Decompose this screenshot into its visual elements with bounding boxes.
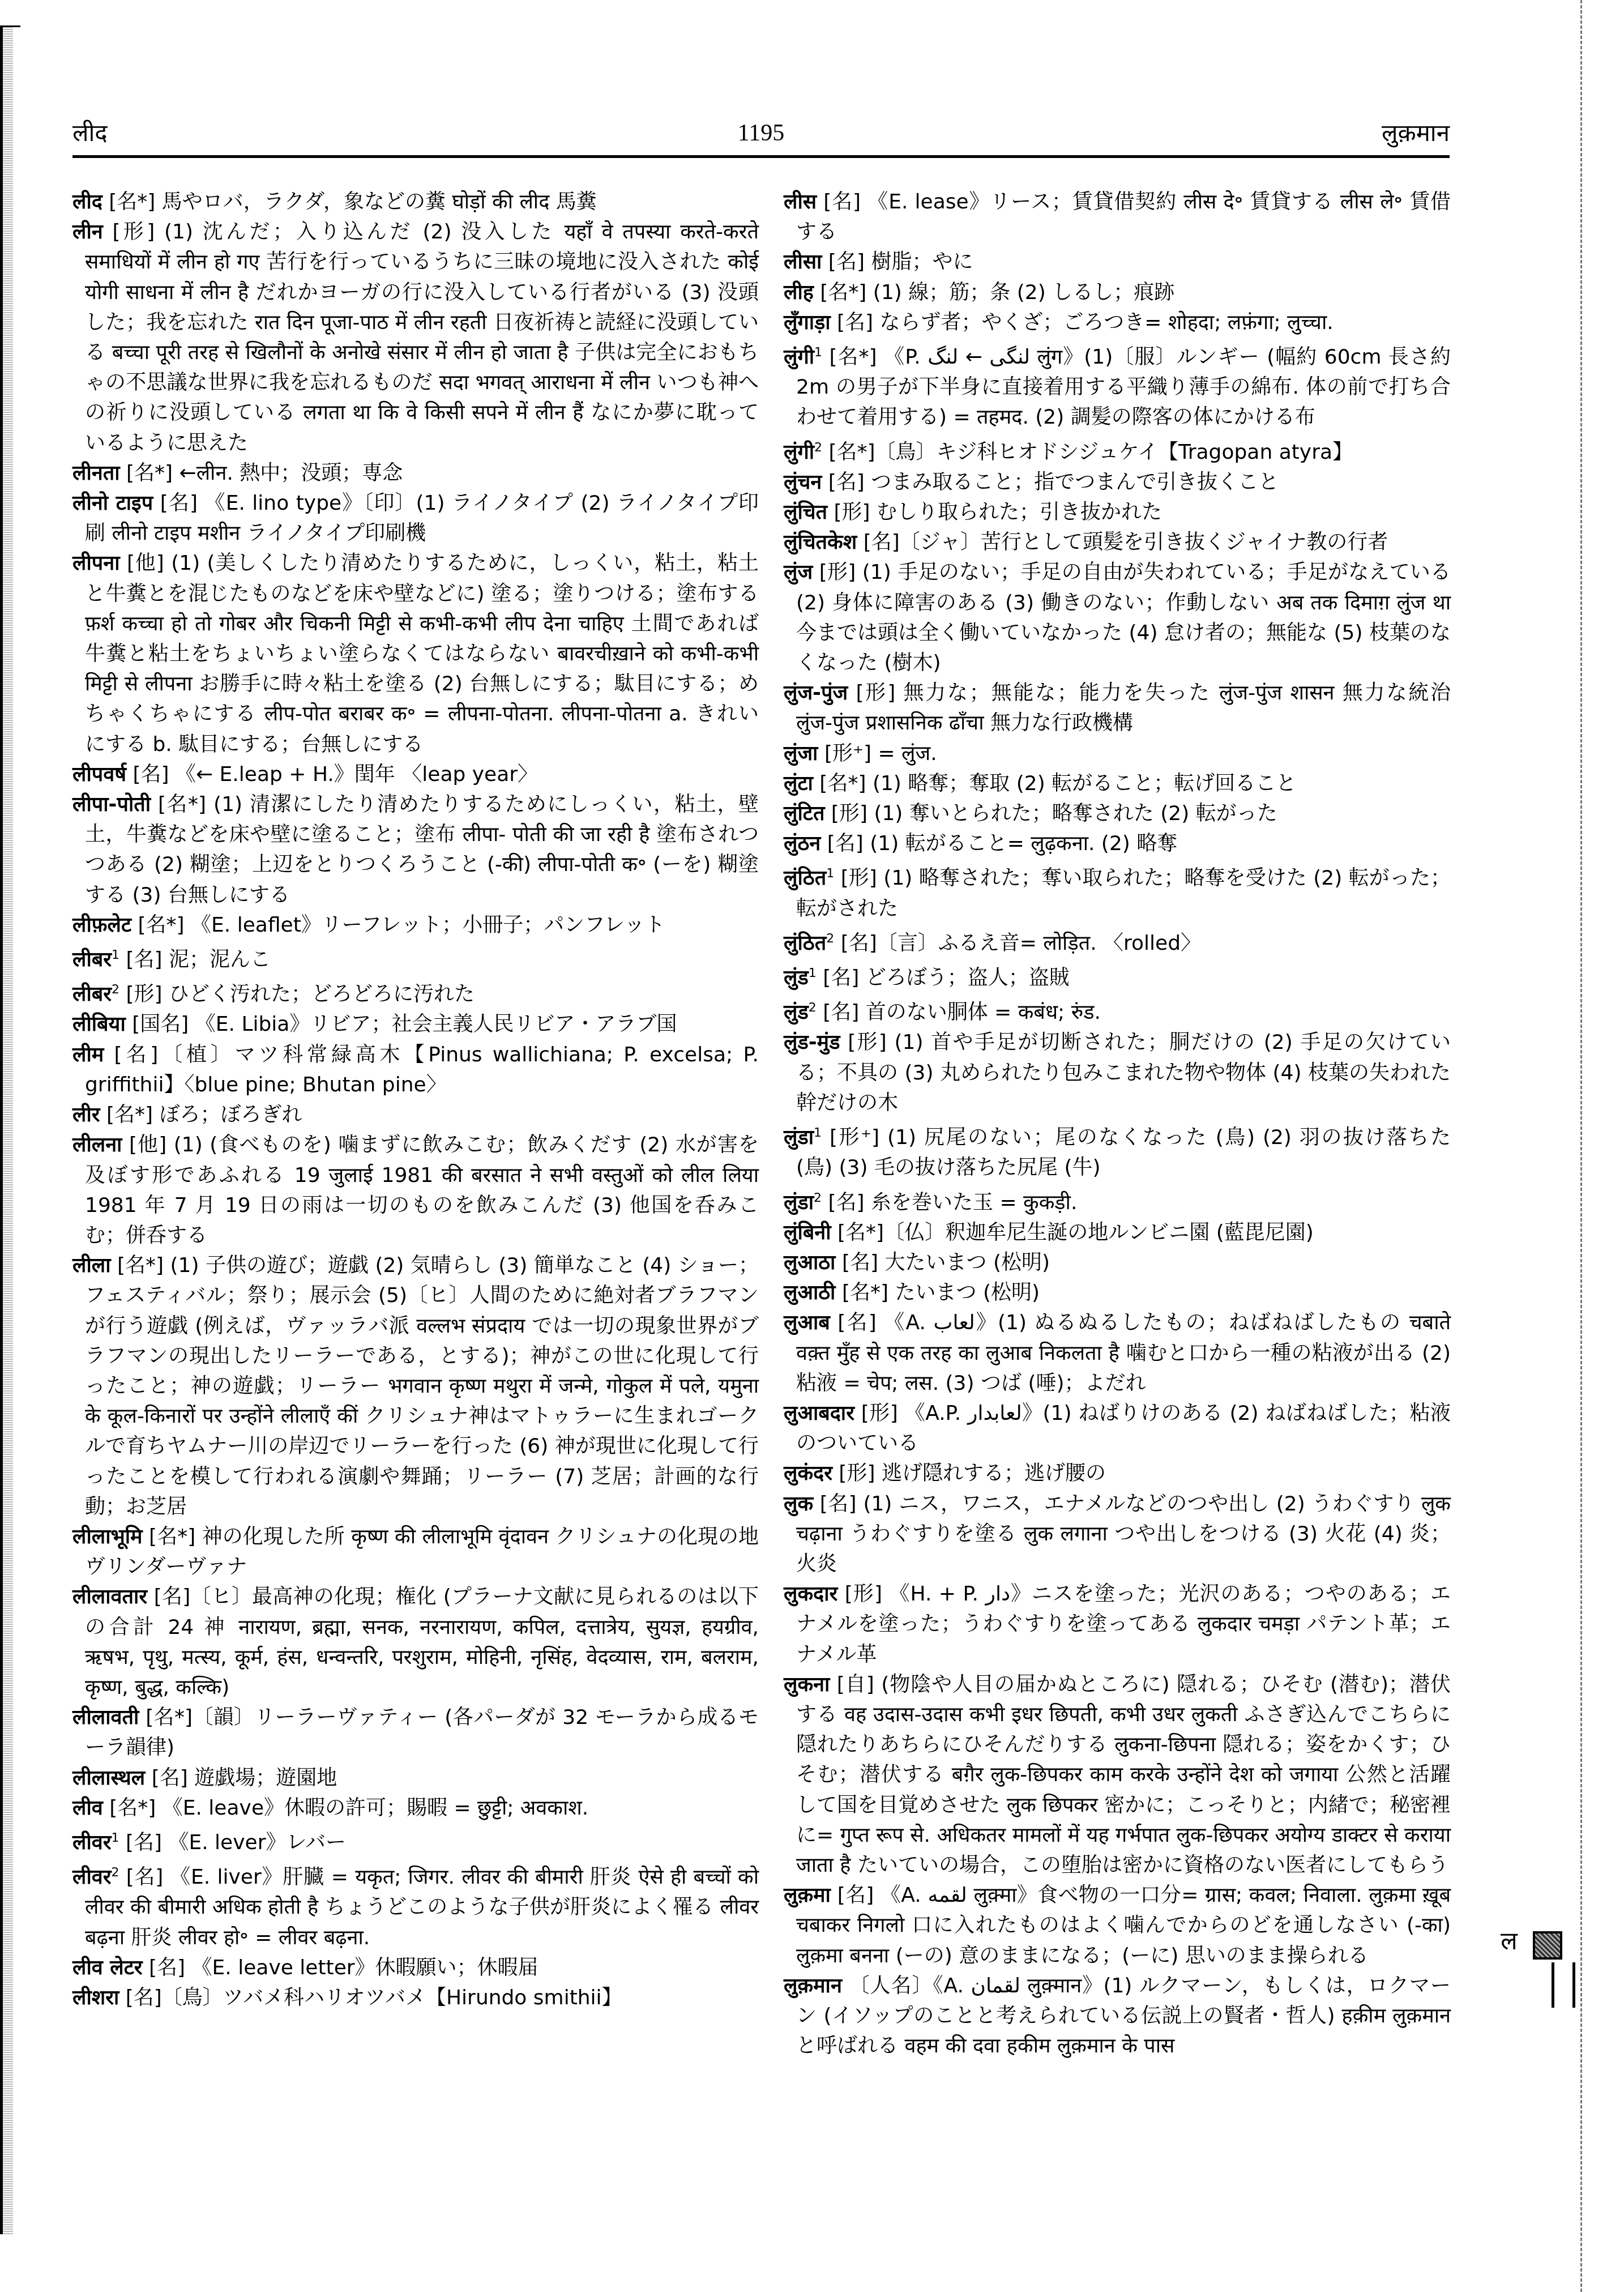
dictionary-entry: लुंडा2 [名] 糸を巻いた玉 = कुकड़ी.: [784, 1183, 1451, 1218]
headword-text: लीव लेटर: [72, 1956, 143, 1979]
headword-text: लुंठित: [784, 867, 826, 890]
entry-definition: [自] (物陰や人目の届かぬところに) 隠れる；ひそむ (潜む)；潜伏する वह…: [796, 1673, 1451, 1877]
dictionary-entry: लीबिया [国名] 《E. Libia》リビア；社会主義人民リビア・アラブ国: [72, 1009, 759, 1039]
homonym-number: 1: [814, 1126, 822, 1140]
headword-text: लीवर: [72, 1866, 111, 1889]
headword: लुंटित: [784, 802, 824, 825]
dictionary-entry: लुंडा1 [形⁺] (1) 尻尾のない；尾のなくなった (鳥) (2) 羽の…: [784, 1118, 1451, 1183]
headword: लुंटा: [784, 772, 813, 795]
dictionary-entry: लुक [名] (1) ニス，ワニス，エナメルなどのつや出し (2) うわぐすり…: [784, 1489, 1451, 1580]
dictionary-entry: लुंठित2 [名]〔言〕ふるえ音= लोड़ित. 〈rolled〉: [784, 924, 1451, 958]
entry-definition: [形] 《H. + P. دار》ニスを塗った；光沢のある；つやのある；エナメル…: [796, 1582, 1451, 1666]
entry-definition: [名*]〔韻〕リーラーヴァティー (各パーダが 32 モーラから成るモーラ韻律): [85, 1706, 759, 1759]
dictionary-entry: लीपा-पोती [名*] (1) 清潔にしたり清めたりするためにしっくい，粘…: [72, 789, 759, 910]
headword: लुंड1: [784, 966, 817, 989]
dictionary-entry: लुंड1 [名] どろぼう；盗人；盗賊: [784, 958, 1451, 993]
headword: लुंड2: [784, 1001, 817, 1024]
headword-text: लीलना: [72, 1133, 122, 1156]
headword-text: लुंडा: [784, 1191, 814, 1214]
dictionary-entry: लीलना [他] (1) (食べものを) 噛まずに飲みこむ；飲みくだす (2)…: [72, 1130, 759, 1250]
entry-definition: [名*] ←लीन. 熱中；没頭；専念: [126, 462, 403, 485]
headword-text: लुंडा: [784, 1126, 814, 1149]
headword: लुंडा1: [784, 1126, 822, 1149]
headword: लुकंदर: [784, 1462, 832, 1485]
headword: लीवर2: [72, 1866, 119, 1889]
headword: लुंजा: [784, 742, 818, 765]
headword: लुक़मा: [784, 1884, 831, 1907]
thumb-index-tab: [1533, 1931, 1562, 1960]
homonym-number: 2: [814, 441, 822, 455]
running-header: लीद 1195 लुक़मान: [72, 113, 1450, 153]
headword: लीर: [72, 1103, 100, 1126]
right-column: लीस [名] 《E. lease》リース；賃貸借契約 लीस दे॰ 賃貸する…: [784, 187, 1451, 2061]
headword-text: लीलास्थल: [72, 1766, 145, 1790]
entry-definition: [名] 首のない胴体 = कबंध; रुंड.: [823, 1001, 1101, 1024]
headword-text: लीह: [784, 281, 814, 304]
dictionary-entry: लुंगी1 [名*] 《P. لنگی ← لنگ लुंग》(1)〔服〕ルン…: [784, 338, 1451, 433]
headword-text: लीन: [72, 220, 103, 244]
header-rule: [72, 155, 1450, 158]
headword-text: लीफ़लेट: [72, 914, 131, 937]
headword-text: लुंड-मुंड: [784, 1031, 840, 1054]
dictionary-entry: लुंड2 [名] 首のない胴体 = कबंध; रुंड.: [784, 993, 1451, 1027]
headword-text: लुंचित: [784, 501, 827, 524]
headword-text: लीसा: [784, 250, 822, 274]
headword-text: लुंड: [784, 1001, 809, 1024]
dictionary-entry: लीफ़लेट [名*] 《E. leaflet》リーフレット；小冊子；パンフレ…: [72, 910, 759, 940]
headword-text: लीपना: [72, 552, 119, 575]
homonym-number: 1: [826, 867, 834, 881]
dictionary-entry: लीम [名]〔植〕マツ科常緑高木【Pinus wallichiana; P. …: [72, 1040, 759, 1100]
homonym-number: 1: [814, 345, 822, 360]
dictionary-entry: लुंजा [形⁺] = लुंज.: [784, 739, 1451, 769]
dictionary-entry: लीह [名*] (1) 線；筋；条 (2) しるし；痕跡: [784, 278, 1451, 308]
dictionary-entry: लीलावतार [名]〔ヒ〕最高神の化現；権化 (プラーナ文献に見られるのは以…: [72, 1582, 759, 1702]
dictionary-entry: लुंचितकेश [名]〔ジャ〕苦行として頭髪を引き抜くジャイナ教の行者: [784, 527, 1451, 557]
entry-definition: [形⁺] (1) 尻尾のない；尾のなくなった (鳥) (2) 羽の抜け落ちた (…: [796, 1126, 1451, 1179]
entry-definition: [名*] 《E. leave》休暇の許可；賜暇 = छुट्टी; अवकाश.: [109, 1796, 588, 1820]
headword: लीला: [72, 1254, 110, 1277]
page-binding-edge: [0, 25, 13, 2234]
homonym-number: 1: [809, 966, 817, 980]
headword: लीपवर्ष: [72, 763, 126, 786]
homonym-number: 1: [111, 1831, 119, 1845]
dictionary-entry: लीनता [名*] ←लीन. 熱中；没頭；専念: [72, 458, 759, 488]
headword: लुक़मान: [784, 1974, 842, 1998]
dictionary-entry: लीलावती [名*]〔韻〕リーラーヴァティー (各パーダが 32 モーラから…: [72, 1702, 759, 1762]
homonym-number: 2: [814, 1191, 822, 1205]
entry-definition: [名] 《A. لعاب》(1) ぬるぬるしたもの；ねばねばしたもの चबाते…: [796, 1311, 1451, 1394]
dictionary-entry: लुकंदर [形] 逃げ隠れする；逃げ腰の: [784, 1458, 1451, 1488]
entry-definition: [名]〔ジャ〕苦行として頭髪を引き抜くジャイナ教の行者: [864, 531, 1388, 554]
homonym-number: 1: [112, 948, 119, 962]
headword: लीव: [72, 1796, 103, 1820]
entry-definition: [名*] (1) 清潔にしたり清めたりするためにしっくい，粘土，壁土，牛糞などを…: [85, 793, 759, 907]
dictionary-entry: लुक़मा [名] 《A. لقمه लुक़्मा》食べ物の一口分= ग्र…: [784, 1880, 1451, 1971]
headword-text: लुआबदार: [784, 1402, 854, 1425]
headword-text: लीम: [72, 1043, 104, 1066]
entry-definition: [形] 逃げ隠れする；逃げ腰の: [839, 1462, 1106, 1485]
entry-definition: [名] 《← E.leap + H.》閏年 〈leap year〉: [133, 763, 538, 786]
dictionary-entry: लीव लेटर [名] 《E. leave letter》休暇願い；休暇届: [72, 1953, 759, 1983]
headword-text: लीपवर्ष: [72, 763, 126, 786]
entry-definition: [名] 大たいまつ (松明): [842, 1251, 1050, 1274]
headword: लीलना: [72, 1133, 122, 1156]
right-guideword: लुक़मान: [1382, 113, 1450, 153]
entry-definition: [名]〔鳥〕ツバメ科ハリオツバメ【Hirundo smithii】: [126, 1986, 622, 2009]
headword: लीलाभूमि: [72, 1525, 143, 1548]
headword-text: लीबिया: [72, 1013, 126, 1036]
entry-definition: [名*] ぼろ；ぼろぎれ: [106, 1103, 302, 1126]
headword-text: लुकना: [784, 1673, 830, 1696]
headword-text: लुंबिनी: [784, 1221, 831, 1244]
headword: लुंडा2: [784, 1191, 822, 1214]
entry-definition: [名] 樹脂；やに: [828, 250, 973, 274]
entry-definition: [名] 《E. lease》リース；賃貸借契約 लीस दे॰ 賃貸する लीस…: [796, 190, 1451, 244]
entry-definition: [名] 《E. lino type》〔印〕(1) ライノタイプ (2) ライノタ…: [85, 492, 759, 545]
dictionary-entry: लुंज-पुंज [形] 無力な；無能な；能力を失った लुंज-पुंज श…: [784, 678, 1451, 738]
headword: लुंठित2: [784, 932, 834, 955]
entry-definition: [名*] (1) 子供の遊び；遊戯 (2) 気晴らし (3) 簡単なこと (4)…: [85, 1254, 759, 1518]
dictionary-entry: लीबर1 [名] 泥；泥んこ: [72, 940, 759, 975]
thumb-index-mark: [1552, 1962, 1575, 2008]
dictionary-entry: लीवर2 [名] 《E. liver》肝臓 = यकृत; जिगर. लीव…: [72, 1858, 759, 1953]
entry-definition: [名*]〔仏〕釈迦牟尼生誕の地ルンビニ園 (藍毘尼園): [837, 1221, 1314, 1244]
entry-definition: [他] (1) (食べものを) 噛まずに飲みこむ；飲みくだす (2) 水が害を及…: [85, 1133, 759, 1247]
entry-definition: [形] 無力な；無能な；能力を失った लुंज-पुंज शासन 無力な統治 …: [796, 681, 1451, 735]
dictionary-entry: लीबर2 [形] ひどく汚れた；どろどろに汚れた: [72, 975, 759, 1009]
entry-definition: [名] 《E. lever》レバー: [126, 1831, 346, 1854]
dictionary-entry: लुंठित1 [形] (1) 略奪された；奪い取られた；略奪を受けた (2) …: [784, 859, 1451, 923]
headword-text: लीद: [72, 190, 102, 214]
headword: लुंठन: [784, 832, 820, 855]
entry-definition: [国名] 《E. Libia》リビア；社会主義人民リビア・アラブ国: [132, 1013, 677, 1036]
dictionary-entry: लुक़मान 〔人名〕《A. لقمان लुक़्मान》(1) ルクマーン…: [784, 1971, 1451, 2061]
dictionary-entry: लीस [名] 《E. lease》リース；賃貸借契約 लीस दे॰ 賃貸する…: [784, 187, 1451, 247]
dictionary-entry: लुंबिनी [名*]〔仏〕釈迦牟尼生誕の地ルンビニ園 (藍毘尼園): [784, 1218, 1451, 1248]
dictionary-entry: लुंज [形] (1) 手足のない；手足の自由が失われている；手足がなえている…: [784, 557, 1451, 678]
dictionary-entry: लुंटित [形] (1) 奪いとられた；略奪された (2) 転がった: [784, 799, 1451, 829]
headword: लीपा-पोती: [72, 793, 151, 816]
headword: लुँगाड़ा: [784, 311, 831, 334]
left-column: लीद [名*] 馬やロバ，ラクダ，象などの糞 घोड़ों की लीद 馬糞…: [72, 187, 759, 2013]
headword: लुंठित1: [784, 867, 834, 890]
headword-text: लुंजा: [784, 742, 818, 765]
entry-definition: [形] (1) 奪いとられた；略奪された (2) 転がった: [831, 802, 1277, 825]
entry-definition: [形] (1) 首や手足が切断された；胴だけの (2) 手足の欠けている；不具の…: [796, 1031, 1451, 1114]
headword-text: लीलावती: [72, 1706, 139, 1729]
entry-definition: [名]〔植〕マツ科常緑高木【Pinus wallichiana; P. exce…: [85, 1043, 759, 1096]
dictionary-entry: लुआठी [名*] たいまつ (松明): [784, 1278, 1451, 1308]
entry-definition: [名*]〔鳥〕キジ科ヒオドシジュケイ【Tragopan atyra】: [828, 441, 1353, 464]
entry-definition: [名]〔ヒ〕最高神の化現；権化 (プラーナ文献に見られるのは以下の合計 24 神…: [85, 1585, 759, 1699]
entry-definition: [名*] 馬やロバ，ラクダ，象などの糞 घोड़ों की लीद 馬糞: [109, 190, 596, 214]
headword-text: लुंगी: [784, 441, 814, 464]
headword: लुंचित: [784, 501, 827, 524]
headword: लीन: [72, 220, 103, 244]
headword: लीसा: [784, 250, 822, 274]
entry-definition: [形] 《A.P. لعابدار》(1) ねばりけのある (2) ねばねばした…: [796, 1402, 1451, 1455]
headword-text: लीस: [784, 190, 817, 214]
headword: लीम: [72, 1043, 104, 1066]
headword-text: लुआठा: [784, 1251, 835, 1274]
headword-text: लुंठन: [784, 832, 820, 855]
dictionary-entry: लीनो टाइप [名] 《E. lino type》〔印〕(1) ライノタイ…: [72, 488, 759, 548]
entry-definition: 〔人名〕《A. لقمان लुक़्मान》(1) ルクマーン，もしくは，ロク…: [796, 1974, 1451, 2058]
headword: लुंचितकेश: [784, 531, 857, 554]
headword: लीनो टाइप: [72, 492, 153, 515]
dictionary-entry: लीपवर्ष [名] 《← E.leap + H.》閏年 〈leap year…: [72, 759, 759, 789]
entry-definition: [名*] 《P. لنگی ← لنگ लुंग》(1)〔服〕ルンギー (幅約 …: [796, 345, 1451, 429]
headword: लुआब: [784, 1311, 830, 1334]
headword-text: लुकदार: [784, 1582, 837, 1606]
homonym-number: 2: [809, 1001, 817, 1015]
headword: लुंड-मुंड: [784, 1031, 840, 1054]
headword: लुकना: [784, 1673, 830, 1696]
dictionary-entry: लुंगी2 [名*]〔鳥〕キジ科ヒオドシジュケイ【Tragopan atyra…: [784, 433, 1451, 467]
headword: लुआठी: [784, 1281, 835, 1304]
dictionary-entry: लीला [名*] (1) 子供の遊び；遊戯 (2) 気晴らし (3) 簡単なこ…: [72, 1250, 759, 1522]
dictionary-entry: लीशरा [名]〔鳥〕ツバメ科ハリオツバメ【Hirundo smithii】: [72, 1983, 759, 2013]
headword-text: लुंटित: [784, 802, 824, 825]
entry-definition: [名] (1) ニス，ワニス，エナメルなどのつや出し (2) うわぐすり लुक…: [796, 1492, 1451, 1576]
thumb-index-letter: ल: [1501, 1923, 1518, 1957]
dictionary-entry: लीसा [名] 樹脂；やに: [784, 247, 1451, 277]
headword-text: लुँगाड़ा: [784, 311, 831, 334]
binding-tick: [0, 25, 20, 27]
headword-text: लीबर: [72, 948, 112, 971]
headword: लीफ़लेट: [72, 914, 131, 937]
headword-text: लुंज: [784, 561, 813, 584]
headword-text: लुक: [784, 1492, 813, 1516]
dictionary-entry: लीन [形] (1) 沈んだ；入り込んだ (2) 没入した यहाँ वे त…: [72, 217, 759, 458]
headword-text: लुंगी: [784, 345, 814, 369]
headword-text: लुंचितकेश: [784, 531, 857, 554]
headword-text: लुंटा: [784, 772, 813, 795]
headword-text: लीर: [72, 1103, 100, 1126]
entry-definition: [名*] 《E. leaflet》リーフレット；小冊子；パンフレット: [138, 914, 665, 937]
homonym-number: 2: [112, 983, 119, 997]
headword: लीबर2: [72, 983, 119, 1006]
entry-definition: [名*] たいまつ (松明): [842, 1281, 1040, 1304]
headword: लीपना: [72, 552, 119, 575]
dictionary-entry: लीलास्थल [名] 遊戯場；遊園地: [72, 1763, 759, 1793]
headword: लीद: [72, 190, 102, 214]
headword: लीह: [784, 281, 814, 304]
dictionary-entry: लुआठा [名] 大たいまつ (松明): [784, 1248, 1451, 1278]
headword: लीनता: [72, 462, 120, 485]
entry-definition: [名*] (1) 略奪；奪取 (2) 転がること；転げ回ること: [819, 772, 1296, 795]
entry-definition: [形] (1) 手足のない；手足の自由が失われている；手足がなえている (2) …: [796, 561, 1451, 675]
dictionary-entry: लुँगाड़ा [名] ならず者；やくざ；ごろつき= शोहदा; लफ़ंग…: [784, 308, 1451, 338]
headword: लुआबदार: [784, 1402, 854, 1425]
headword: लुंचन: [784, 471, 822, 494]
headword-text: लुआठी: [784, 1281, 835, 1304]
entry-definition: [名] どろぼう；盗人；盗賊: [823, 966, 1070, 989]
headword-text: लुंज-पुंज: [784, 681, 848, 705]
headword-text: लीलावतार: [72, 1585, 147, 1608]
entry-definition: [形] ひどく汚れた；どろどろに汚れた: [126, 983, 475, 1006]
headword-text: लीव: [72, 1796, 103, 1820]
headword-text: लीनो टाइप: [72, 492, 153, 515]
headword: लीस: [784, 190, 817, 214]
scan-margin-line: [1580, 0, 1582, 2292]
dictionary-entry: लुआब [名] 《A. لعاب》(1) ぬるぬるしたもの；ねばねばしたもの …: [784, 1308, 1451, 1398]
dictionary-entry: लीलाभूमि [名*] 神の化現した所 कृष्ण की लीलाभूमि …: [72, 1522, 759, 1582]
headword: लीवर1: [72, 1831, 119, 1854]
entry-definition: [形] (1) 略奪された；奪い取られた；略奪を受けた (2) 転がった；転がさ…: [796, 867, 1451, 920]
dictionary-entry: लुकदार [形] 《H. + P. دار》ニスを塗った；光沢のある；つやの…: [784, 1579, 1451, 1670]
entry-definition: [形⁺] = लुंज.: [824, 742, 937, 765]
entry-definition: [他] (1) (美しくしたり清めたりするために，しっくい，粘土，粘土と牛糞とを…: [85, 552, 759, 756]
entry-definition: [形] (1) 沈んだ；入り込んだ (2) 没入した यहाँ वे तपस्य…: [85, 220, 759, 454]
headword: लीलास्थल: [72, 1766, 145, 1790]
dictionary-entry: लीवर1 [名] 《E. lever》レバー: [72, 1823, 759, 1858]
homonym-number: 2: [826, 932, 834, 946]
headword-text: लीवर: [72, 1831, 111, 1854]
entry-definition: [名] (1) 転がること= लुढ़कना. (2) 略奪: [827, 832, 1178, 855]
headword: लीलावती: [72, 1706, 139, 1729]
entry-definition: [名] 《E. leave letter》休暇願い；休暇届: [149, 1956, 539, 1979]
headword: लुंगी2: [784, 441, 822, 464]
entry-definition: [名]〔言〕ふるえ音= लोड़ित. 〈rolled〉: [841, 932, 1201, 955]
headword: लुंगी1: [784, 345, 822, 369]
dictionary-entry: लुंठन [名] (1) 転がること= लुढ़कना. (2) 略奪: [784, 829, 1451, 859]
dictionary-entry: लीद [名*] 馬やロバ，ラクダ，象などの糞 घोड़ों की लीद 馬糞: [72, 187, 759, 217]
dictionary-entry: लुंड-मुंड [形] (1) 首や手足が切断された；胴だけの (2) 手足…: [784, 1027, 1451, 1118]
headword-text: लुंड: [784, 966, 809, 989]
headword: लीशरा: [72, 1986, 119, 2009]
entry-definition: [名] 《A. لقمه लुक़्मा》食べ物の一口分= ग्रास; कवल…: [796, 1884, 1451, 1967]
entry-definition: [名] つまみ取ること；指でつまんで引き抜くこと: [828, 471, 1279, 494]
dictionary-entry: लीव [名*] 《E. leave》休暇の許可；賜暇 = छुट्टी; अव…: [72, 1793, 759, 1823]
headword-text: लीपा-पोती: [72, 793, 151, 816]
dictionary-entry: लुआबदार [形] 《A.P. لعابدار》(1) ねばりけのある (2…: [784, 1398, 1451, 1458]
headword: लीबर1: [72, 948, 119, 971]
dictionary-entry: लुंचित [形] むしり取られた；引き抜かれた: [784, 497, 1451, 527]
headword-text: लीलाभूमि: [72, 1525, 143, 1548]
headword-text: लुंचन: [784, 471, 822, 494]
entry-definition: [名] 遊戯場；遊園地: [152, 1766, 337, 1790]
headword-text: लुआब: [784, 1311, 830, 1334]
homonym-number: 2: [111, 1866, 119, 1880]
entry-definition: [名] 泥；泥んこ: [126, 948, 271, 971]
headword: लुक: [784, 1492, 813, 1516]
headword-text: लीशरा: [72, 1986, 119, 2009]
entry-definition: [形] むしり取られた；引き抜かれた: [834, 501, 1163, 524]
headword: लुकदार: [784, 1582, 837, 1606]
headword: लीव लेटर: [72, 1956, 143, 1979]
entry-definition: [名] 《E. liver》肝臓 = यकृत; जिगर. लीवर की ब…: [85, 1866, 759, 1949]
headword: लुंज-पुंज: [784, 681, 848, 705]
headword-text: लीनता: [72, 462, 120, 485]
headword: लुंबिनी: [784, 1221, 831, 1244]
headword-text: लीला: [72, 1254, 110, 1277]
entry-definition: [名] 糸を巻いた玉 = कुकड़ी.: [828, 1191, 1077, 1214]
headword-text: लुकंदर: [784, 1462, 832, 1485]
headword: लीबिया: [72, 1013, 126, 1036]
headword-text: लुक़मा: [784, 1884, 831, 1907]
page-number: 1195: [72, 113, 1450, 153]
dictionary-entry: लुकना [自] (物陰や人目の届かぬところに) 隠れる；ひそむ (潜む)；潜…: [784, 1670, 1451, 1880]
headword-text: लीबर: [72, 983, 112, 1006]
entry-definition: [名] ならず者；やくざ；ごろつき= शोहदा; लफ़ंगा; लुच्चा…: [837, 311, 1334, 334]
headword: लुंज: [784, 561, 813, 584]
headword: लीलावतार: [72, 1585, 147, 1608]
headword-text: लुक़मान: [784, 1974, 842, 1998]
dictionary-entry: लीपना [他] (1) (美しくしたり清めたりするために，しっくい，粘土，粘…: [72, 548, 759, 759]
dictionary-entry: लुंटा [名*] (1) 略奪；奪取 (2) 転がること；転げ回ること: [784, 769, 1451, 799]
entry-definition: [名*] (1) 線；筋；条 (2) しるし；痕跡: [820, 281, 1174, 304]
headword: लुआठा: [784, 1251, 835, 1274]
dictionary-entry: लीर [名*] ぼろ；ぼろぎれ: [72, 1100, 759, 1130]
entry-definition: [名*] 神の化現した所 कृष्ण की लीलाभूमि वृंदावन ク…: [85, 1525, 759, 1578]
dictionary-entry: लुंचन [名] つまみ取ること；指でつまんで引き抜くこと: [784, 467, 1451, 497]
headword-text: लुंठित: [784, 932, 826, 955]
